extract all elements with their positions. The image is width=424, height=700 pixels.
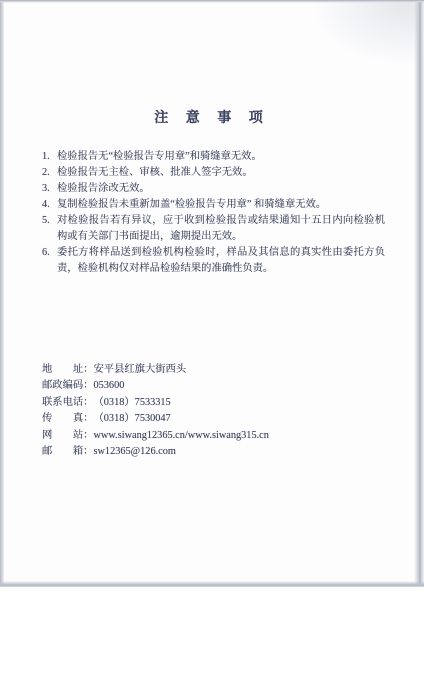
scan-edge-top xyxy=(0,0,424,3)
notice-list: 1. 检验报告无“检验报告专用章”和骑缝章无效。 2. 检验报告无主检、审核、批… xyxy=(42,149,385,277)
notice-text: 检验报告涂改无效。 xyxy=(57,181,385,197)
contact-row-email: 邮 箱： sw12365@126.com xyxy=(42,444,372,460)
contact-value: 053600 xyxy=(93,378,124,394)
scan-edge-bottom xyxy=(0,581,424,587)
contact-label: 网 站： xyxy=(42,428,93,444)
contact-value: www.siwang12365.cn/www.siwang315.cn xyxy=(93,428,268,444)
notice-number: 3. xyxy=(42,181,57,197)
contact-row-address: 地 址： 安平县红旗大街西头 xyxy=(42,362,372,378)
contact-value: （0318）7533315 xyxy=(93,395,170,411)
contact-row-phone: 联系电话： （0318）7533315 xyxy=(42,395,372,411)
contact-value: 安平县红旗大街西头 xyxy=(93,362,186,378)
scanner-background xyxy=(0,587,424,700)
contact-label: 邮 箱： xyxy=(42,444,93,460)
notice-number: 2. xyxy=(42,165,57,181)
contact-label: 联系电话： xyxy=(42,395,93,411)
scanned-document-page: 注 意 事 项 1. 检验报告无“检验报告专用章”和骑缝章无效。 2. 检验报告… xyxy=(0,0,424,587)
notice-number: 5. xyxy=(42,213,57,245)
notice-text: 委托方将样品送到检验机构检验时，样品及其信息的真实性由委托方负责，检验机构仅对样… xyxy=(57,245,385,277)
notice-number: 4. xyxy=(42,197,57,213)
scan-edge-left xyxy=(0,0,4,587)
contact-label: 邮政编码： xyxy=(42,378,93,394)
notice-item: 5. 对检验报告若有异议，应于收到检验报告或结果通知十五日内向检验机构或有关部门… xyxy=(42,213,385,245)
contact-block: 地 址： 安平县红旗大街西头 邮政编码： 053600 联系电话： （0318）… xyxy=(42,362,372,460)
notice-text: 对检验报告若有异议，应于收到检验报告或结果通知十五日内向检验机构或有关部门书面提… xyxy=(57,213,385,245)
notice-item: 3. 检验报告涂改无效。 xyxy=(42,181,385,197)
contact-value: sw12365@126.com xyxy=(93,444,175,460)
contact-label: 传 真： xyxy=(42,411,93,427)
notice-number: 1. xyxy=(42,149,57,165)
notice-text: 检验报告无“检验报告专用章”和骑缝章无效。 xyxy=(57,149,385,165)
contact-label: 地 址： xyxy=(42,362,93,378)
notice-item: 6. 委托方将样品送到检验机构检验时，样品及其信息的真实性由委托方负责，检验机构… xyxy=(42,245,385,277)
contact-value: （0318）7530047 xyxy=(93,411,170,427)
notice-item: 4. 复制检验报告未重新加盖“检验报告专用章” 和骑缝章无效。 xyxy=(42,197,385,213)
notice-text: 复制检验报告未重新加盖“检验报告专用章” 和骑缝章无效。 xyxy=(57,197,385,213)
notice-item: 2. 检验报告无主检、审核、批准人签字无效。 xyxy=(42,165,385,181)
notice-text: 检验报告无主检、审核、批准人签字无效。 xyxy=(57,165,385,181)
scan-corner-shadow xyxy=(304,0,424,70)
notice-item: 1. 检验报告无“检验报告专用章”和骑缝章无效。 xyxy=(42,149,385,165)
contact-row-postcode: 邮政编码： 053600 xyxy=(42,378,372,394)
scan-edge-right xyxy=(414,0,424,587)
contact-row-website: 网 站： www.siwang12365.cn/www.siwang315.cn xyxy=(42,428,372,444)
page-title: 注 意 事 项 xyxy=(0,107,424,127)
contact-row-fax: 传 真： （0318）7530047 xyxy=(42,411,372,427)
notice-number: 6. xyxy=(42,245,57,277)
